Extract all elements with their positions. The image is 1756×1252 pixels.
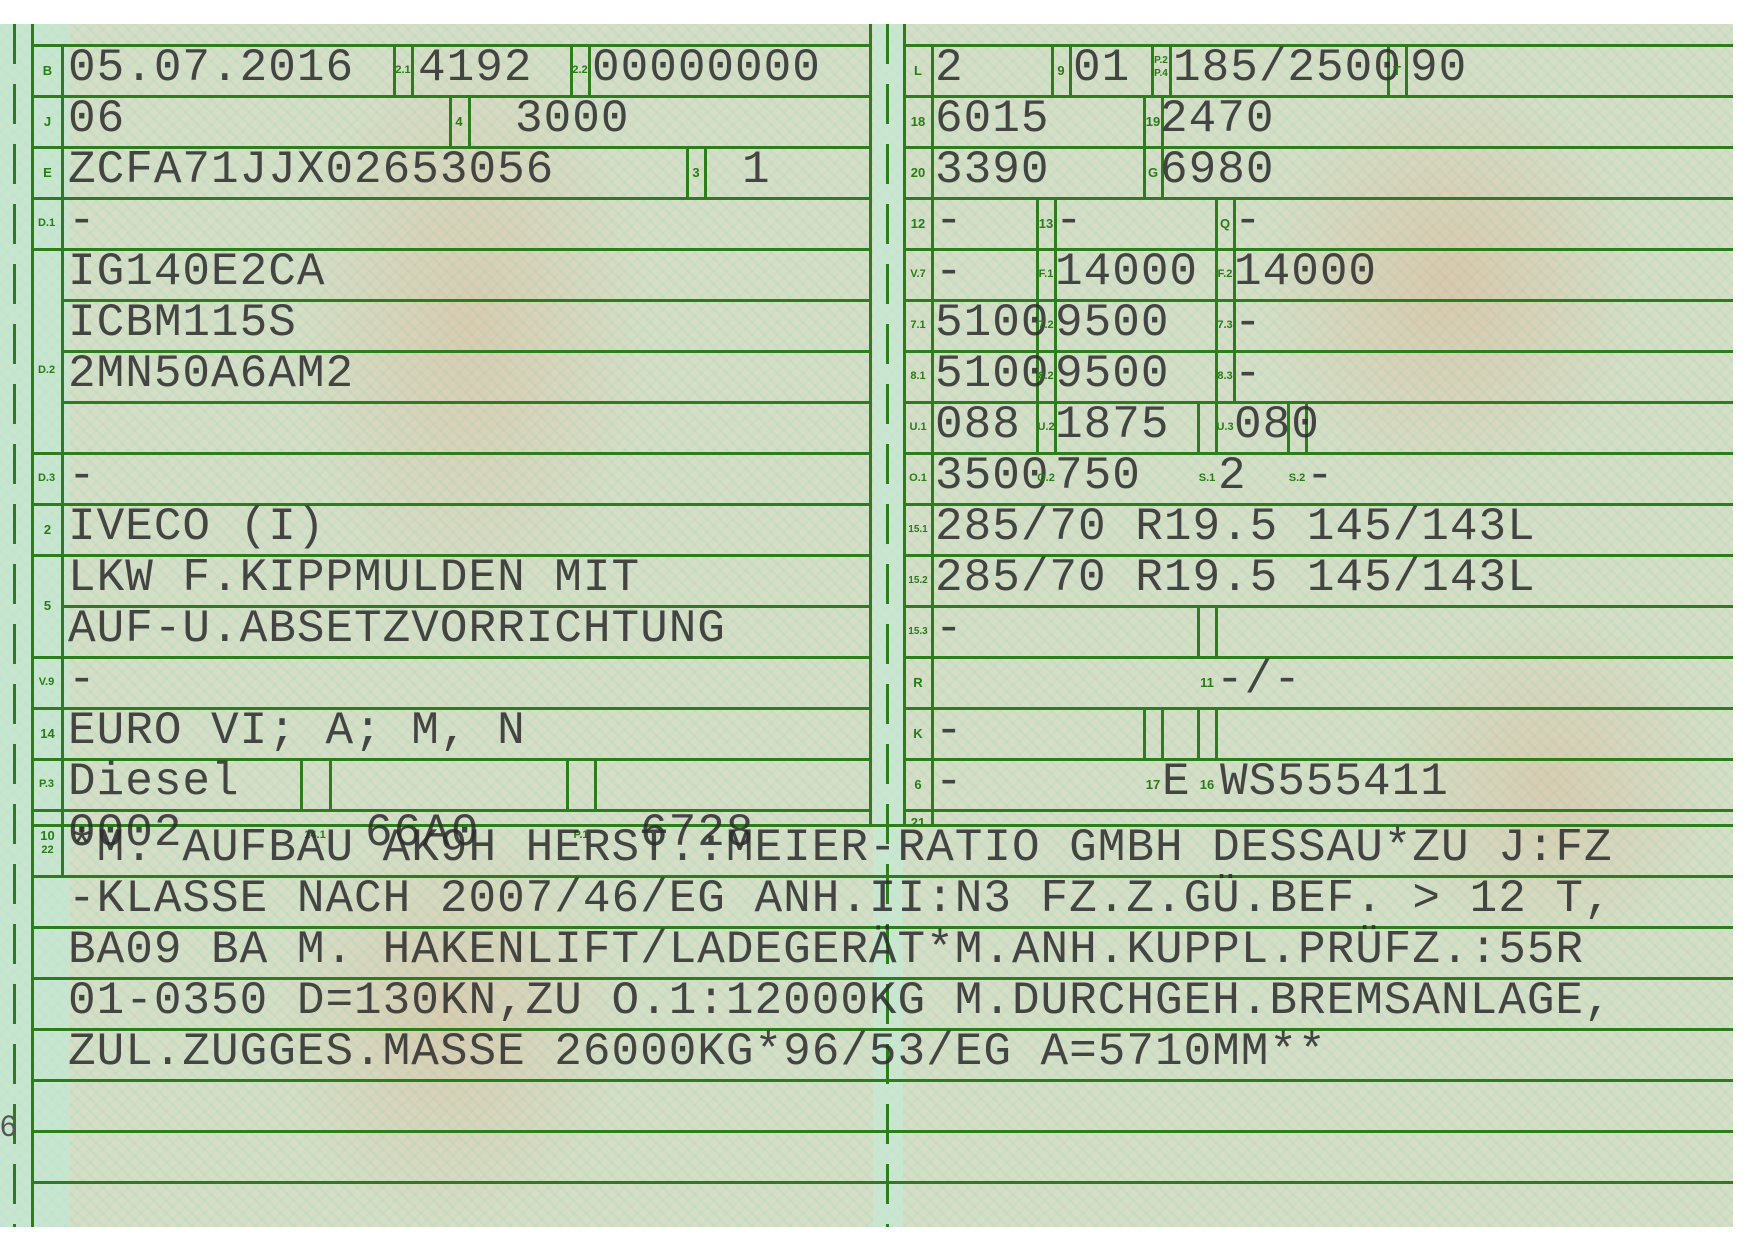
edge-page-mark: 6 bbox=[0, 1110, 17, 1144]
registration-document: B 05.07.2016 2.1 4192 2.2 00000000 J 06 … bbox=[0, 24, 1733, 1227]
field-label-2-2: 2.2 bbox=[571, 64, 589, 77]
grid-line bbox=[468, 95, 471, 146]
grid-line bbox=[1197, 605, 1200, 656]
emission-class: - bbox=[68, 656, 97, 704]
power-rpm: 185/2500 bbox=[1173, 44, 1402, 92]
operating-permit-code: E bbox=[1162, 758, 1191, 806]
co2: - bbox=[935, 248, 964, 296]
grid-line bbox=[1161, 707, 1164, 758]
grid-line bbox=[1143, 707, 1146, 758]
max-permitted-mass: 14000 bbox=[1234, 248, 1377, 296]
max-technical-mass: 14000 bbox=[1055, 248, 1198, 296]
grid-line bbox=[869, 24, 872, 824]
fuel-type: Diesel bbox=[68, 758, 240, 806]
field-label-V9: V.9 bbox=[32, 676, 61, 689]
field-label-K: K bbox=[905, 727, 931, 740]
field-label-D1: D.1 bbox=[32, 217, 61, 230]
field-label-7-1: 7.1 bbox=[905, 319, 931, 332]
axles-count: 2 bbox=[935, 44, 964, 92]
field-label-13: 13 bbox=[1037, 217, 1055, 230]
grid-line bbox=[566, 758, 569, 809]
grid-line bbox=[1215, 605, 1218, 656]
permitted-axle-load-3: - bbox=[1234, 350, 1263, 398]
tyre-axle-3: - bbox=[935, 605, 964, 653]
field-label-S2: S.2 bbox=[1288, 472, 1306, 485]
axle-load-2: 9500 bbox=[1055, 299, 1169, 347]
field-label-9: 9 bbox=[1052, 64, 1070, 77]
grid-line bbox=[1215, 707, 1218, 758]
axle-load-1: 5100 bbox=[935, 299, 1049, 347]
grid-line bbox=[1197, 707, 1200, 758]
vehicle-type-line-1: LKW F.KIPPMULDEN MIT bbox=[68, 554, 640, 602]
field-label-18: 18 bbox=[905, 115, 931, 128]
body-type: 3000 bbox=[515, 95, 629, 143]
grid-line bbox=[329, 758, 332, 809]
grid-line bbox=[1143, 95, 1146, 197]
field-label-D3: D.3 bbox=[32, 472, 61, 485]
field-label-7-3: 7.3 bbox=[1216, 319, 1234, 332]
grid-line bbox=[903, 656, 1733, 659]
field-label-F1: F.1 bbox=[1037, 268, 1055, 281]
field-label-P3: P.3 bbox=[32, 778, 61, 791]
field-label-8-1: 8.1 bbox=[905, 370, 931, 383]
field-label-F2: F.2 bbox=[1216, 268, 1234, 281]
remarks-line-5: ZUL.ZUGGES.MASSE 26000KG*96/53/EG A=5710… bbox=[68, 1028, 1327, 1076]
stationary-noise: 088 bbox=[935, 401, 1021, 449]
first-registration-date: 05.07.2016 bbox=[68, 44, 354, 92]
field-label-E: E bbox=[34, 166, 61, 179]
tyre-axle-2: 285/70 R19.5 145/143L bbox=[935, 554, 1536, 602]
field-label-V7: V.7 bbox=[905, 268, 931, 281]
tyre-axle-1: 285/70 R19.5 145/143L bbox=[935, 503, 1536, 551]
vin: ZCFA71JJX02653056 bbox=[68, 146, 554, 194]
field-label-15-3: 15.3 bbox=[905, 625, 931, 638]
grid-line bbox=[31, 24, 34, 1227]
height: 3390 bbox=[935, 146, 1049, 194]
empty-mass: 6980 bbox=[1160, 146, 1274, 194]
max-speed: 90 bbox=[1410, 44, 1467, 92]
braked-trailer-load: 3500 bbox=[935, 452, 1049, 500]
permitted-axle-load-1: 5100 bbox=[935, 350, 1049, 398]
vin-check-digit: 1 bbox=[742, 146, 771, 194]
remarks-line-2: -KLASSE NACH 2007/46/EG ANH.II:N3 FZ.Z.G… bbox=[68, 875, 1613, 923]
field-label-2: 2 bbox=[34, 523, 61, 536]
noise-rpm: 1875 bbox=[1055, 401, 1169, 449]
field-label-4: 4 bbox=[450, 115, 468, 128]
type-variant-line-1: IG140E2CA bbox=[68, 248, 325, 296]
remarks-line-4: 01-0350 D=130KN,ZU O.1:12000KG M.DURCHGE… bbox=[68, 977, 1613, 1025]
field-label-R: R bbox=[905, 676, 931, 689]
vehicle-class: 06 bbox=[68, 95, 125, 143]
field-label-10: 10 bbox=[34, 829, 61, 842]
field-label-U2: U.2 bbox=[1037, 421, 1055, 434]
color-code: -/- bbox=[1216, 656, 1302, 704]
field-label-T: T bbox=[1388, 64, 1406, 77]
grid-line bbox=[903, 707, 1733, 710]
type-code: 00000000 bbox=[592, 44, 821, 92]
field-label-5: 5 bbox=[34, 599, 61, 612]
field-label-11: 11 bbox=[1198, 676, 1216, 689]
field-label-22: 22 bbox=[34, 844, 61, 857]
field-label-16: 16 bbox=[1198, 778, 1216, 791]
field-label-J: J bbox=[34, 115, 61, 128]
grid-line bbox=[31, 197, 872, 200]
make: - bbox=[68, 197, 97, 245]
field-label-D2: D.2 bbox=[32, 364, 61, 377]
field-label-17: 17 bbox=[1144, 778, 1162, 791]
field-label-15-2: 15.2 bbox=[905, 574, 931, 587]
trade-name: - bbox=[68, 452, 97, 500]
seats: 2 bbox=[1218, 452, 1247, 500]
field-label-6: 6 bbox=[905, 778, 931, 791]
field-label-O1: O.1 bbox=[905, 472, 931, 485]
length: 6015 bbox=[935, 95, 1049, 143]
grid-line bbox=[31, 1181, 1733, 1184]
field-label-U1: U.1 bbox=[905, 421, 931, 434]
driven-axles: 01 bbox=[1073, 44, 1130, 92]
remarks-line-1: *M. AUFBAU AK9H HERST.:MEIER-RATIO GMBH … bbox=[68, 824, 1613, 872]
permitted-axle-load-2: 9500 bbox=[1055, 350, 1169, 398]
standing-places: - bbox=[1306, 452, 1335, 500]
grid-line bbox=[903, 605, 1733, 608]
type-approval-number: - bbox=[935, 707, 964, 755]
manufacturer-code: 4192 bbox=[418, 44, 532, 92]
field-label-U3: U.3 bbox=[1216, 421, 1234, 434]
field-label-8-3: 8.3 bbox=[1216, 370, 1234, 383]
emission-designation: EURO VI; A; M, N bbox=[68, 707, 526, 755]
axle-load-3: - bbox=[1234, 299, 1263, 347]
type-approval-date: - bbox=[935, 758, 964, 806]
field-label-P2-P4: P.2 P.4 bbox=[1152, 54, 1170, 80]
document-number: WS555411 bbox=[1220, 758, 1449, 806]
grid-line bbox=[61, 401, 872, 404]
left-perforation bbox=[13, 24, 16, 1227]
left-security-band bbox=[0, 24, 70, 1227]
grid-line bbox=[31, 1130, 1733, 1133]
field-label-Q: Q bbox=[1216, 217, 1234, 230]
field-label-L: L bbox=[905, 64, 931, 77]
grid-line bbox=[31, 1079, 1733, 1082]
field-label-8-2: 8.2 bbox=[1037, 370, 1055, 383]
field-label-2-1: 2.1 bbox=[394, 64, 412, 77]
grid-line bbox=[903, 809, 1733, 812]
drive-by-noise: 080 bbox=[1234, 401, 1320, 449]
type-variant-line-3: 2MN50A6AM2 bbox=[68, 350, 354, 398]
grid-line bbox=[31, 452, 872, 455]
field-label-S1: S.1 bbox=[1198, 472, 1216, 485]
tank-volume: - bbox=[935, 197, 964, 245]
width: 2470 bbox=[1160, 95, 1274, 143]
grid-line bbox=[300, 758, 303, 809]
manufacturer: IVECO (I) bbox=[68, 503, 325, 551]
vehicle-type-line-2: AUF-U.ABSETZVORRICHTUNG bbox=[68, 605, 726, 653]
unbraked-trailer-load: 750 bbox=[1055, 452, 1141, 500]
grid-line bbox=[31, 656, 872, 659]
supported-load: - bbox=[1055, 197, 1084, 245]
field-label-14: 14 bbox=[34, 727, 61, 740]
grid-line bbox=[903, 197, 1733, 200]
grid-line bbox=[61, 824, 64, 875]
type-variant-line-2: ICBM115S bbox=[68, 299, 297, 347]
field-label-7-2: 7.2 bbox=[1037, 319, 1055, 332]
field-label-20: 20 bbox=[905, 166, 931, 179]
field-label-3: 3 bbox=[687, 166, 705, 179]
power-weight-ratio: - bbox=[1234, 197, 1263, 245]
field-label-15-1: 15.1 bbox=[905, 523, 931, 536]
field-label-B: B bbox=[34, 64, 61, 77]
field-label-12: 12 bbox=[905, 217, 931, 230]
field-label-O2: O.2 bbox=[1037, 472, 1055, 485]
grid-line bbox=[1197, 401, 1200, 452]
grid-line bbox=[594, 758, 597, 809]
remarks-line-3: BA09 BA M. HAKENLIFT/LADEGERÄT*M.ANH.KUP… bbox=[68, 926, 1584, 974]
